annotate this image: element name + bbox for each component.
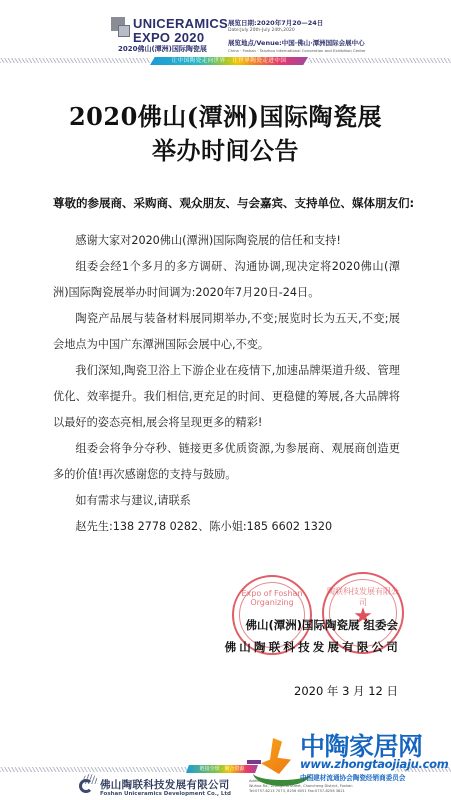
paragraph: 感谢大家对2020佛山(潭洲)国际陶瓷展的信任和支持! [53, 228, 400, 254]
signature-org1: 佛山(潭洲)国际陶瓷展 组委会 [245, 617, 398, 633]
company-logo-icon [76, 776, 98, 794]
watermark-url[interactable]: www.zhongtaojiaju.com [300, 757, 448, 771]
signature-date: 2020 年 3 月 12 日 [294, 683, 398, 699]
paragraph: 组委会将争分夺秒、链接更多优质资源,为参展商、观展商创造更多的价值!再次感谢您的… [53, 436, 400, 488]
company-name-en: Foshan Uniceramics Development Co., Ltd [100, 791, 231, 797]
seal-text: Expo of Foshan Organizing [234, 589, 310, 607]
hatch-divider [308, 58, 451, 63]
paragraph: 陶瓷产品展与装备材料展同期举办,不变;展览时长为五天,不变;展会地点为中国广东潭… [53, 306, 400, 358]
watermark-subtitle: 中国建材流通协会陶瓷经销商委员会 [300, 772, 406, 782]
header-slogan: 让中国陶瓷走向世界 · 让世界陶瓷走进中国 [150, 57, 308, 65]
expo-header: UNICERAMICS EXPO 2020 2020佛山(潭洲)国际陶瓷展 展览… [0, 0, 451, 70]
hatch-divider [0, 58, 150, 63]
footer-slogan: 链接全球 · 聚合资源 [186, 765, 258, 773]
salutation: 尊敬的参展商、采购商、观众朋友、与会嘉宾、支持单位、媒体朋友们: [53, 195, 414, 211]
brand-name: UNICERAMICS [133, 16, 228, 31]
brand-cn: 2020佛山(潭洲)国际陶瓷展 [118, 44, 207, 54]
brand-expo: EXPO 2020 [133, 30, 204, 45]
header-slogan-bar: 让中国陶瓷走向世界 · 让世界陶瓷走进中国 [0, 57, 451, 65]
paragraph: 我们深知,陶瓷卫浴上下游企业在疫情下,加速品牌渠道升级、管理优化、效率提升。我们… [53, 358, 400, 436]
expo-venue-cn: 展览地点/Venue:中国·佛山·潭洲国际会展中心 [228, 38, 366, 47]
paragraph: 组委会经1个多月的多方调研、沟通协调,现决定将2020佛山(潭洲)国际陶瓷展举办… [53, 254, 400, 306]
title-line2: 举办时间公告 [0, 134, 451, 168]
announcement-body: 感谢大家对2020佛山(潭洲)国际陶瓷展的信任和支持! 组委会经1个多月的多方调… [53, 228, 400, 540]
expo-date-en: Date:July 20th-July 24th,2020 [228, 28, 366, 33]
contact-phones: 赵先生:138 2778 0282、陈小姐:185 6602 1320 [53, 514, 400, 540]
hatch-divider [0, 767, 188, 772]
uniceramics-logo-icon [111, 17, 133, 39]
expo-date-cn: 展览日期:2020年7月20—24日 [228, 18, 366, 27]
company-name-cn: 佛山陶联科技发展有限公司 [100, 777, 230, 792]
title-line1: 2020佛山(潭洲)国际陶瓷展 [0, 100, 451, 134]
signature-org2: 佛山陶联科技发展有限公司 [225, 639, 401, 655]
expo-info: 展览日期:2020年7月20—24日 Date:July 20th-July 2… [228, 18, 366, 53]
page-title: 2020佛山(潭洲)国际陶瓷展 举办时间公告 [0, 100, 451, 168]
contact-intro: 如有需求与建议,请联系 [53, 488, 400, 514]
expo-venue-en: China · Foshan · Tanzhou International C… [228, 48, 366, 53]
